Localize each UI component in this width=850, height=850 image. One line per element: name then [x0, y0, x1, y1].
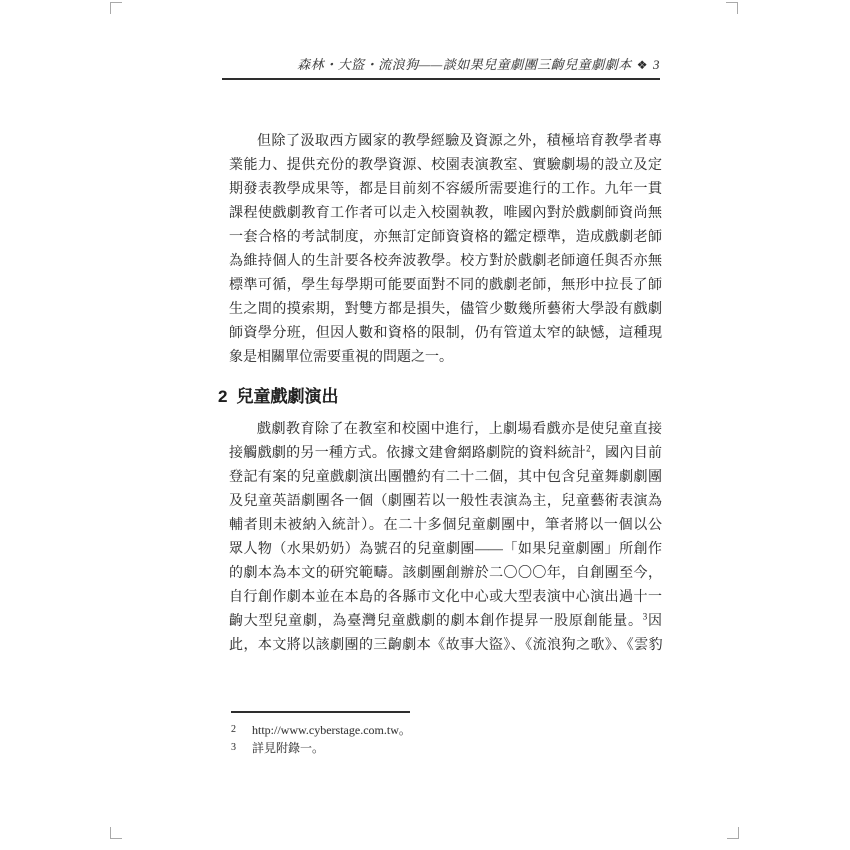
text-line: 輔者則未被納入統計）。在二十多個兒童劇團中，筆者將以一個以公	[229, 514, 662, 538]
text-line: 眾人物（水果奶奶）為號召的兒童劇團——「如果兒童劇團」所創作	[229, 538, 662, 562]
paragraph-children-theatre: 戲劇教育除了在教室和校園中進行，上劇場看戲亦是使兒童直接接觸戲劇的另一種方式。依…	[229, 418, 662, 658]
footnote-reference: 3	[643, 611, 648, 621]
diamond-ornament-icon: ❖	[637, 58, 648, 72]
section-number: 2	[218, 387, 227, 406]
text-line: 此，本文將以該劇團的三齣劇本《故事大盜》、《流浪狗之歌》、《雲豹	[229, 634, 662, 658]
footnotes: 2http://www.cyberstage.com.tw。3詳見附錄一。	[231, 721, 651, 757]
crop-mark-bottom-right-icon	[727, 827, 739, 839]
text-line: 戲劇教育除了在教室和校園中進行，上劇場看戲亦是使兒童直接	[229, 418, 662, 442]
text-line: 自行創作劇本並在本島的各縣市文化中心或大型表演中心演出過十一	[229, 586, 662, 610]
text-line: 業能力、提供充份的教學資源、校園表演教室、實驗劇場的設立及定	[229, 154, 662, 178]
text-line: 標準可循，學生每學期可能要面對不同的戲劇老師，無形中拉長了師	[229, 274, 662, 298]
footnote-separator-rule	[231, 711, 410, 713]
text-line: 及兒童英語劇團各一個（劇團若以一般性表演為主，兒童藝術表演為	[229, 490, 662, 514]
text-line: 一套合格的考試制度，亦無訂定師資資格的鑑定標準，造成戲劇老師	[229, 226, 662, 250]
text-line: 課程使戲劇教育工作者可以走入校園執教，唯國內對於戲劇師資尚無	[229, 202, 662, 226]
running-header: 森林・大盜・流浪狗——談如果兒童劇團三齣兒童劇劇本❖3	[222, 56, 660, 74]
text-line: 但除了汲取西方國家的教學經驗及資源之外，積極培育教學者專	[229, 130, 662, 154]
section-title: 兒童戲劇演出	[236, 387, 338, 406]
running-title: 森林・大盜・流浪狗——談如果兒童劇團三齣兒童劇劇本	[297, 57, 632, 72]
text-line: 接觸戲劇的另一種方式。依據文建會網路劇院的資料統計2，國內目前	[229, 442, 662, 466]
text-line: 期發表教學成果等，都是目前刻不容緩所需要進行的工作。九年一貫	[229, 178, 662, 202]
crop-mark-bottom-left-icon	[110, 827, 122, 839]
footnote-text: http://www.cyberstage.com.tw。	[252, 723, 411, 737]
footnote-row: 3詳見附錄一。	[231, 739, 651, 757]
page-number: 3	[653, 57, 660, 72]
footnote-row: 2http://www.cyberstage.com.tw。	[231, 721, 651, 739]
crop-mark-top-right-icon	[726, 2, 738, 14]
section-heading: 2兒童戲劇演出	[218, 385, 338, 409]
text-line: 為維持個人的生計要各校奔波教學。校方對於戲劇老師適任與否亦無	[229, 250, 662, 274]
footnote-reference: 2	[586, 443, 591, 453]
crop-mark-top-left-icon	[110, 2, 122, 14]
text-line: 登記有案的兒童戲劇演出團體約有二十二個，其中包含兒童舞劇劇團	[229, 466, 662, 490]
text-line: 的劇本為本文的研究範疇。該劇團創辦於二〇〇〇年，自創團至今，	[229, 562, 662, 586]
paragraph-teacher-training: 但除了汲取西方國家的教學經驗及資源之外，積極培育教學者專業能力、提供充份的教學資…	[229, 130, 662, 370]
scanned-book-page: 森林・大盜・流浪狗——談如果兒童劇團三齣兒童劇劇本❖3 但除了汲取西方國家的教學…	[0, 0, 850, 850]
text-line: 齣大型兒童劇，為臺灣兒童戲劇的劇本創作提昇一股原創能量。3因	[229, 610, 662, 634]
text-line: 象是相關單位需要重視的問題之一。	[229, 346, 662, 370]
text-line: 生之間的摸索期，對雙方都是損失，儘管少數幾所藝術大學設有戲劇	[229, 298, 662, 322]
footnote-text: 詳見附錄一。	[252, 741, 324, 755]
footnote-marker: 3	[231, 739, 252, 757]
footnote-marker: 2	[231, 721, 252, 739]
header-rule	[222, 78, 660, 80]
text-line: 師資學分班，但因人數和資格的限制，仍有管道太窄的缺憾，這種現	[229, 322, 662, 346]
